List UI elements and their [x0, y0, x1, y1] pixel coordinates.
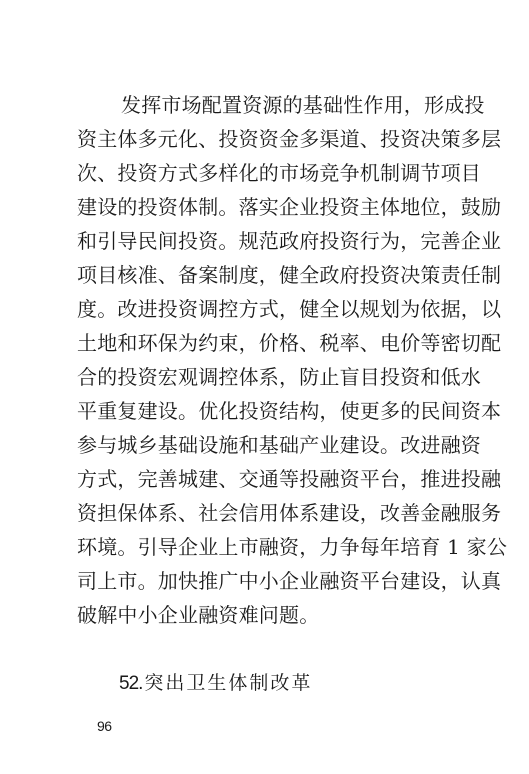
- paragraph-line: 度。改进投资调控方式，健全以规划为依据，以: [77, 292, 455, 326]
- paragraph-line: 发挥市场配置资源的基础性作用，形成投: [77, 88, 455, 122]
- paragraph-line: 资主体多元化、投资资金多渠道、投资决策多层: [77, 122, 455, 156]
- paragraph-line: 参与城乡基础设施和基础产业建设。改进融资: [77, 428, 455, 462]
- document-page: 发挥市场配置资源的基础性作用，形成投 资主体多元化、投资资金多渠道、投资决策多层…: [0, 0, 529, 774]
- section-number: 52.: [119, 673, 142, 694]
- page-number: 96: [97, 718, 112, 734]
- paragraph-line: 土地和环保为约束，价格、税率、电价等密切配: [77, 326, 455, 360]
- paragraph-line: 破解中小企业融资难问题。: [77, 598, 455, 632]
- paragraph-line: 平重复建设。优化投资结构，使更多的民间资本: [77, 394, 455, 428]
- section-heading: 52.突出卫生体制改革: [119, 668, 312, 699]
- body-paragraph: 发挥市场配置资源的基础性作用，形成投 资主体多元化、投资资金多渠道、投资决策多层…: [77, 88, 455, 632]
- section-title: 突出卫生体制改革: [144, 672, 312, 694]
- paragraph-line: 资担保体系、社会信用体系建设，改善金融服务: [77, 496, 455, 530]
- paragraph-line: 方式，完善城建、交通等投融资平台，推进投融: [77, 462, 455, 496]
- paragraph-line: 次、投资方式多样化的市场竞争机制调节项目: [77, 156, 455, 190]
- paragraph-line: 项目核准、备案制度，健全政府投资决策责任制: [77, 258, 455, 292]
- paragraph-line: 和引导民间投资。规范政府投资行为，完善企业: [77, 224, 455, 258]
- paragraph-line: 环境。引导企业上市融资，力争每年培育 1 家公: [77, 530, 455, 564]
- paragraph-line: 司上市。加快推广中小企业融资平台建设，认真: [77, 564, 455, 598]
- paragraph-line: 合的投资宏观调控体系，防止盲目投资和低水: [77, 360, 455, 394]
- paragraph-line: 建设的投资体制。落实企业投资主体地位，鼓励: [77, 190, 455, 224]
